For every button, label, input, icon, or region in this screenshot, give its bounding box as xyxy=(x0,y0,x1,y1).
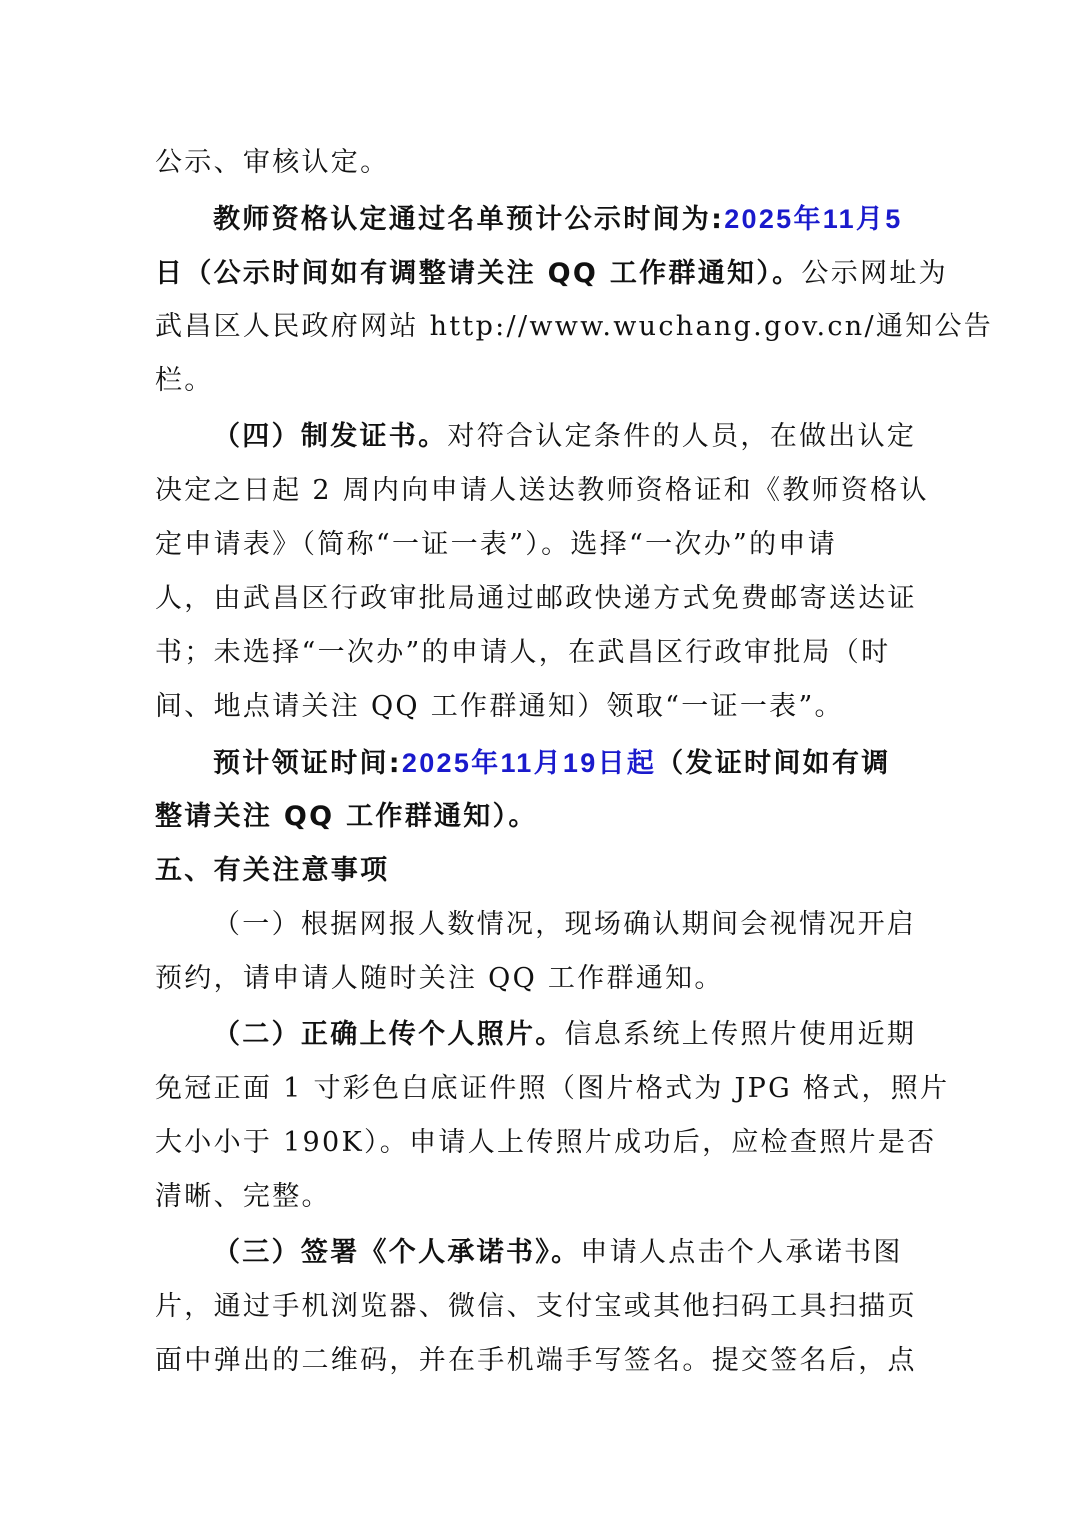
paragraph-text: 人，由武昌区行政审批局通过邮政快递方式免费邮寄送达证 xyxy=(155,583,917,614)
section-title-commitment: （三）签署《个人承诺书》。 xyxy=(213,1237,580,1268)
text-line: 免冠正面 1 寸彩色白底证件照（图片格式为 JPG 格式，照片 xyxy=(155,1062,911,1116)
text-line: 片，通过手机浏览器、微信、支付宝或其他扫码工具扫描页 xyxy=(155,1280,911,1334)
publicity-date-end: 日 xyxy=(155,258,184,288)
photo-upload-line: （二）正确上传个人照片。信息系统上传照片使用近期 xyxy=(155,1008,911,1062)
text-line: 面中弹出的二维码，并在手机端手写签名。提交签名后，点 xyxy=(155,1334,911,1388)
certificate-time-line: 预计领证时间:2025年11月19日起（发证时间如有调 xyxy=(155,736,911,790)
commitment-line: （三）签署《个人承诺书》。申请人点击个人承诺书图 xyxy=(155,1226,911,1280)
certificate-time-label: 预计领证时间: xyxy=(213,748,402,779)
paragraph-text: 定申请表》（简称“一证一表”）。选择“一次办”的申请 xyxy=(155,529,837,560)
text-line: 定申请表》（简称“一证一表”）。选择“一次办”的申请 xyxy=(155,518,911,572)
paragraph-text: 免冠正面 1 寸彩色白底证件照（图片格式为 JPG 格式，照片 xyxy=(155,1073,949,1104)
paragraph-text: 对符合认定条件的人员，在做出认定 xyxy=(447,421,916,452)
text-line: 间、地点请关注 QQ 工作群通知）领取“一证一表”。 xyxy=(155,680,911,734)
section-heading-notes: 五、有关注意事项 xyxy=(155,855,389,886)
publicity-label: 教师资格认定通过名单预计公示时间为: xyxy=(213,204,724,235)
paragraph-text: 书；未选择“一次办”的申请人，在武昌区行政审批局（时 xyxy=(155,637,890,668)
website-url-text[interactable]: 武昌区人民政府网站 http://www.wuchang.gov.cn/通知公告 xyxy=(155,311,993,342)
certificate-date: 2025年11月19日起 xyxy=(402,748,656,778)
paragraph-text: 预约，请申请人随时关注 QQ 工作群通知。 xyxy=(155,963,724,994)
text-line: 整请关注 QQ 工作群通知）。 xyxy=(155,790,911,844)
paragraph-text: 栏。 xyxy=(155,365,214,396)
paragraph-text: 面中弹出的二维码，并在手机端手写签名。提交签名后，点 xyxy=(155,1345,917,1376)
publicity-note: （公示时间如有调整请关注 QQ 工作群通知）。 xyxy=(184,258,801,289)
text-line: 清晰、完整。 xyxy=(155,1170,911,1224)
text-line: 书；未选择“一次办”的申请人，在武昌区行政审批局（时 xyxy=(155,626,911,680)
paragraph-text: 公示网址为 xyxy=(801,258,948,289)
section-title-certificate: （四）制发证书。 xyxy=(213,421,447,452)
text-line: 决定之日起 2 周内向申请人送达教师资格证和《教师资格认 xyxy=(155,464,911,518)
paragraph-text: 申请人点击个人承诺书图 xyxy=(580,1237,902,1268)
text-line: 预约，请申请人随时关注 QQ 工作群通知。 xyxy=(155,952,911,1006)
paragraph-text: 公示、审核认定。 xyxy=(155,147,389,178)
certificate-note: （发证时间如有调 xyxy=(656,748,890,779)
paragraph-text: 清晰、完整。 xyxy=(155,1181,331,1212)
paragraph-text: 信息系统上传照片使用近期 xyxy=(565,1019,917,1050)
paragraph-text: 决定之日起 2 周内向申请人送达教师资格证和《教师资格认 xyxy=(155,475,929,506)
paragraph-text: （一）根据网报人数情况，现场确认期间会视情况开启 xyxy=(213,909,916,940)
paragraph-text: 大小小于 190K）。申请人上传照片成功后，应检查照片是否 xyxy=(155,1127,937,1158)
text-line: （一）根据网报人数情况，现场确认期间会视情况开启 xyxy=(155,898,911,952)
certificate-note: 整请关注 QQ 工作群通知）。 xyxy=(155,801,538,832)
text-line: 人，由武昌区行政审批局通过邮政快递方式免费邮寄送达证 xyxy=(155,572,911,626)
text-line: 武昌区人民政府网站 http://www.wuchang.gov.cn/通知公告 xyxy=(155,300,911,354)
text-line: 栏。 xyxy=(155,354,911,408)
publicity-time-line: 教师资格认定通过名单预计公示时间为:2025年11月5 xyxy=(155,192,911,246)
text-line: 公示、审核认定。 xyxy=(155,136,911,190)
section-title-photo: （二）正确上传个人照片。 xyxy=(213,1019,565,1050)
document-page: 公示、审核认定。 教师资格认定通过名单预计公示时间为:2025年11月5 日（公… xyxy=(155,136,911,1388)
text-line: 大小小于 190K）。申请人上传照片成功后，应检查照片是否 xyxy=(155,1116,911,1170)
section-four-line: （四）制发证书。对符合认定条件的人员，在做出认定 xyxy=(155,410,911,464)
publicity-date: 2025年11月5 xyxy=(724,204,902,234)
paragraph-text: 片，通过手机浏览器、微信、支付宝或其他扫码工具扫描页 xyxy=(155,1291,917,1322)
text-line: 日（公示时间如有调整请关注 QQ 工作群通知）。公示网址为 xyxy=(155,246,911,300)
text-line: 五、有关注意事项 xyxy=(155,844,911,898)
paragraph-text: 间、地点请关注 QQ 工作群通知）领取“一证一表”。 xyxy=(155,691,844,722)
